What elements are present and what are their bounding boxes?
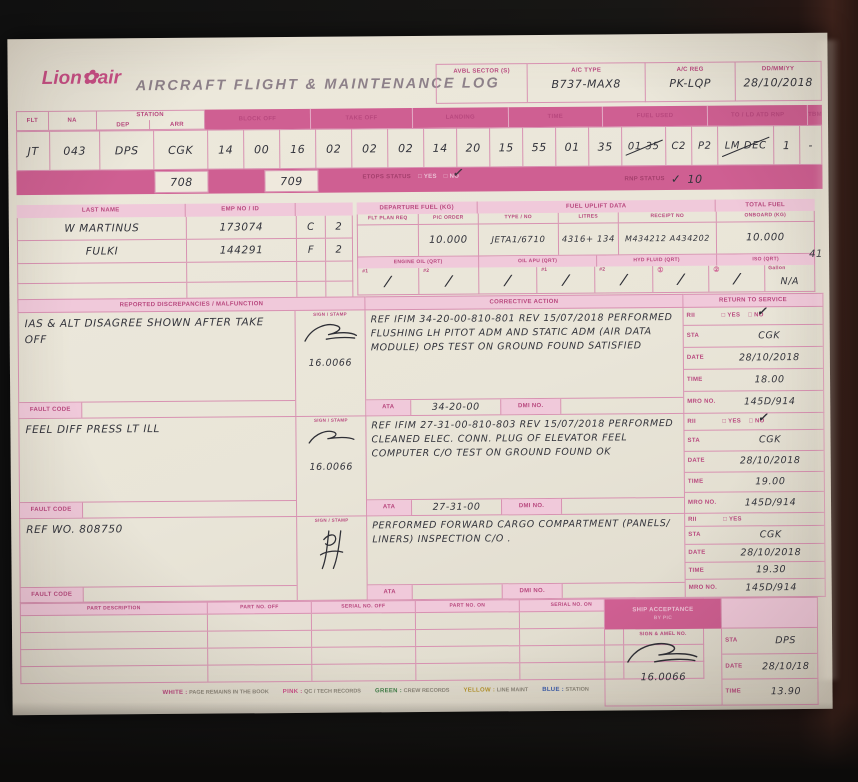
crossed-time-cell: 01 35 xyxy=(622,126,666,166)
sta-row: STACGK xyxy=(684,325,823,348)
rts-cell: RII □ YES □ NO✓ STACGK DATE28/10/2018 TI… xyxy=(683,307,824,414)
time-cell: 02 xyxy=(316,129,352,169)
legend-green-key: GREEN : xyxy=(375,688,402,694)
fuel-block: DEPARTURE FUEL (KG) FUEL UPLIFT DATA TOT… xyxy=(357,199,816,296)
sign-stamp-cell: SIGN / STAMP 16.0066 xyxy=(296,310,367,417)
ata-row: ATA 27-31-00 DMI NO. xyxy=(367,497,684,515)
legend-blue-key: BLUE : xyxy=(542,687,564,693)
circled-one-icon: ① xyxy=(657,267,664,275)
ata-row: ATA DMI NO. xyxy=(368,582,685,599)
time-row: TIME18.00 xyxy=(684,369,823,392)
time-label: TIME xyxy=(686,567,718,574)
band-fuel-used: FUEL USED xyxy=(602,106,708,127)
gallon-label: Gallon xyxy=(768,266,785,272)
oil-slash: / xyxy=(562,271,569,290)
sta-value: CGK xyxy=(716,434,823,446)
time-value: 19.00 xyxy=(717,476,824,488)
etops-no-checkbox: □ NO✓ xyxy=(444,174,460,181)
time-cell: 16 xyxy=(280,129,316,169)
discrepancy-table: REPORTED DISCREPANCIES / MALFUNCTION COR… xyxy=(17,293,825,603)
malfunction-text: FEEL DIFF PRESS LT ILL xyxy=(19,417,296,502)
actype-value: B737-MAX8 xyxy=(528,77,645,91)
receipt-value: M434212 A434202 xyxy=(618,223,716,255)
band-block-off: BLOCK OFF xyxy=(205,109,311,130)
legend-white: WHITE : PAGE REMAINS IN THE BOOK xyxy=(162,689,268,696)
iso-label: ISO (QRT) xyxy=(716,254,814,266)
pic-order-label: PIC ORDER xyxy=(418,214,478,224)
legend-yellow-key: YELLOW : xyxy=(463,687,495,693)
legend-white-desc: PAGE REMAINS IN THE BOOK xyxy=(189,689,269,696)
ata-row: ATA 34-20-00 DMI NO. xyxy=(366,397,683,415)
flight-values-row: JT 043 DPS CGK 14 00 16 02 02 02 14 20 1… xyxy=(16,125,822,171)
sta-label: STA xyxy=(722,637,754,644)
rii-no-checkmark: ✓ xyxy=(758,411,768,424)
actype-box: A/C TYPE B737-MAX8 xyxy=(528,62,646,103)
legend-white-key: WHITE : xyxy=(162,690,187,696)
time-cell: 14 xyxy=(424,128,457,168)
rii-label: RII xyxy=(685,516,717,523)
time-cell: 14 xyxy=(208,129,244,169)
oil-col-label: #2 xyxy=(423,269,429,275)
oil-slash: / xyxy=(504,271,511,290)
parts-table: PART DESCRIPTION PART NO. OFF SERIAL NO.… xyxy=(20,598,705,684)
acceptance-right-band xyxy=(722,598,817,629)
dep-station: DPS xyxy=(100,130,154,170)
rii-label: RII xyxy=(684,313,716,320)
oil-col-label: #1 xyxy=(541,268,547,274)
receipt-no-label: RECEIPT NO xyxy=(618,212,716,223)
litres-label: LITRES xyxy=(558,212,618,222)
time-label: TIME xyxy=(722,689,754,696)
fault-code-label: FAULT CODE xyxy=(21,588,83,602)
crew-code-slashed: LM DEC xyxy=(718,125,774,165)
mro-value: 145D/914 xyxy=(718,582,825,594)
date-row: DATE28/10/2018 xyxy=(684,347,823,370)
acceptance-sub: BY PIC xyxy=(654,616,672,622)
date-value: 28/10/2018 xyxy=(716,352,823,364)
fault-code-row: FAULT CODE xyxy=(20,500,296,518)
log-entry-1: IAS & ALT DISAGREE SHOWN AFTER TAKE OFF … xyxy=(18,307,825,419)
mro-value: 145D/914 xyxy=(717,496,824,508)
mro-row: MRO No.145D/914 xyxy=(685,492,824,513)
arr-station: CGK xyxy=(154,130,208,170)
serial-no-off-header: SERIAL NO. OFF xyxy=(311,601,415,613)
date-label: DATE xyxy=(685,458,717,465)
oil-slash: / xyxy=(385,272,392,291)
mro-label: MRO No. xyxy=(685,499,717,506)
header-info-boxes: AVBL SECTOR (S) A/C TYPE B737-MAX8 A/C R… xyxy=(436,61,822,104)
legend-blue: BLUE : STATION xyxy=(542,687,589,693)
ata-value xyxy=(412,584,502,599)
ship-acceptance-box: SHIP ACCEPTANCE BY PIC SIGN & AMEL NO. 1… xyxy=(604,597,819,707)
acreg-box: A/C REG PK-LQP xyxy=(646,62,736,103)
mro-value: 145D/914 xyxy=(716,396,823,408)
emp-header: EMP NO / ID xyxy=(185,203,295,217)
acreg-value: PK-LQP xyxy=(646,77,735,91)
time-value: 13.90 xyxy=(754,686,817,697)
crew-emp: 173074 xyxy=(186,216,296,239)
rii-no-checkbox: □ NO✓ xyxy=(749,418,765,425)
date-box: DD/MM/YY 28/10/2018 xyxy=(736,61,822,102)
dmi-label: DMI NO. xyxy=(501,499,561,514)
band-time: TIME xyxy=(508,107,602,128)
na-label: NA xyxy=(49,111,97,131)
photo-glare xyxy=(814,40,840,680)
etops-label: ETOPS STATUS xyxy=(362,174,411,181)
crew-rank: C xyxy=(296,216,325,238)
gate-708: 708 xyxy=(154,171,208,193)
etops-status: ETOPS STATUS □ YES □ NO✓ xyxy=(362,174,459,181)
fault-code-row: FAULT CODE xyxy=(21,585,297,602)
flower-icon: ✿ xyxy=(82,68,98,89)
acreg-label: A/C REG xyxy=(646,63,735,78)
crew-seat: 2 xyxy=(325,216,352,238)
mro-label: MRO No. xyxy=(684,399,716,406)
part-no-on-header: PART NO. ON xyxy=(415,600,519,612)
dmi-label: DMI NO. xyxy=(502,584,562,598)
fault-code-row: FAULT CODE xyxy=(19,400,295,418)
flt-label: FLT xyxy=(16,111,49,131)
sta-label: STA xyxy=(685,437,717,444)
mro-row: MRO No.145D/914 xyxy=(684,391,823,413)
rii-no-checkmark: ✓ xyxy=(757,305,767,318)
rii-yes-checkbox: □ YES xyxy=(723,516,742,523)
rii-no-checkbox: □ NO✓ xyxy=(748,313,764,320)
time-row: TIME19.00 xyxy=(685,471,824,493)
crew-code-cell: P2 xyxy=(692,126,718,166)
date-value: 28/10/18 xyxy=(754,660,817,671)
rii-label: RII xyxy=(684,418,716,425)
sign-stamp-cell: SIGN / STAMP 16.0066 xyxy=(296,416,367,517)
mro-row: MRO No.145D/914 xyxy=(686,579,825,597)
acceptance-header-band: SHIP ACCEPTANCE BY PIC xyxy=(605,599,721,630)
rnp-checkmark: ✓ xyxy=(671,172,682,186)
rii-yes-checkbox: □ YES xyxy=(722,418,741,425)
crew-row-empty xyxy=(17,262,353,285)
total-fuel-value: 10.000 xyxy=(716,222,814,254)
date-value: 28/10/2018 xyxy=(717,546,824,558)
oil-slash: / xyxy=(733,269,740,288)
corrective-cell: PERFORMED FORWARD CARGO COMPARTMENT (PAN… xyxy=(367,514,686,600)
time-value: 18.00 xyxy=(716,374,823,386)
rts-header: RETURN TO SERVICE xyxy=(683,293,823,308)
acceptance-date-row: DATE28/10/18 xyxy=(722,654,817,680)
crew-row-1: W MARTINUS 173074 C 2 xyxy=(17,216,353,242)
acceptance-header: SHIP ACCEPTANCE xyxy=(632,607,693,614)
crew-rank: F xyxy=(296,239,325,261)
copy-color-legend: WHITE : PAGE REMAINS IN THE BOOK PINK : … xyxy=(162,687,588,696)
arr-label: ARR xyxy=(150,120,204,130)
rnp-label: RNP STATUS xyxy=(624,176,664,183)
acceptance-stamp: 16.0066 xyxy=(641,671,687,682)
crew-name: W MARTINUS xyxy=(18,217,186,240)
acceptance-left: SHIP ACCEPTANCE BY PIC SIGN & AMEL NO. 1… xyxy=(604,598,723,707)
time-label: TIME xyxy=(684,377,716,384)
maintenance-log-page: Lion✿air AIRCRAFT FLIGHT & MAINTENANCE L… xyxy=(7,33,832,715)
lionair-logo: Lion✿air xyxy=(42,66,121,90)
avbl-sector-box: AVBL SECTOR (S) xyxy=(436,63,528,104)
part-description-header: PART DESCRIPTION xyxy=(21,603,207,615)
rii-row: RII □ YES □ NO✓ xyxy=(683,307,822,326)
count-cell: 1 xyxy=(774,125,800,165)
sta-row: STACGK xyxy=(684,430,823,452)
avbl-sector-label: AVBL SECTOR (S) xyxy=(437,64,527,79)
rii-yes-checkbox: □ YES xyxy=(722,313,741,320)
legend-pink-desc: QC / TECH RECORDS xyxy=(304,688,361,694)
type-no-label: TYPE / NO xyxy=(478,213,558,224)
date-label: DATE xyxy=(684,355,716,362)
logo-air-text: air xyxy=(98,67,121,88)
station-header: STATION DEP ARR xyxy=(97,110,205,131)
malfunction-cell: IAS & ALT DISAGREE SHOWN AFTER TAKE OFF … xyxy=(18,311,297,419)
oil-slash: / xyxy=(620,270,627,289)
ata-value: 27-31-00 xyxy=(411,499,501,515)
dmi-label: DMI NO. xyxy=(500,399,560,414)
acceptance-time-row: TIME13.90 xyxy=(722,679,817,704)
oil-col-label: #2 xyxy=(599,268,605,274)
oil-col-label: #1 xyxy=(362,269,368,275)
date-row: DATE28/10/2018 xyxy=(685,451,824,473)
etops-no-checkmark: ✓ xyxy=(452,167,462,180)
lastname-header: LAST NAME xyxy=(17,204,185,218)
fault-code-label: FAULT CODE xyxy=(19,403,81,418)
engineer-signature xyxy=(299,317,361,351)
ata-label: ATA xyxy=(366,400,410,415)
sta-value: CGK xyxy=(716,330,823,342)
flight-data-grid: FLT NA STATION DEP ARR BLOCK OFF TAKE OF… xyxy=(16,105,823,195)
crew-seat: 2 xyxy=(325,239,352,261)
corrective-text: PERFORMED FORWARD CARGO COMPARTMENT (PAN… xyxy=(367,514,685,584)
mro-label: MRO No. xyxy=(686,585,718,592)
band-landing: LANDING xyxy=(412,107,508,128)
time-cell: 15 xyxy=(490,127,523,167)
rnp-value: 10 xyxy=(687,172,702,185)
flight-number: 043 xyxy=(50,131,100,171)
time-cell: 20 xyxy=(457,127,490,167)
acceptance-sta-row: STADPS xyxy=(722,628,817,654)
date-label: DD/MM/YY xyxy=(736,62,821,77)
oil-slash: / xyxy=(677,270,684,289)
ata-label: ATA xyxy=(368,585,412,599)
logo-lion-text: Lion xyxy=(42,68,82,89)
photo-vignette xyxy=(0,702,858,782)
legend-pink-key: PINK : xyxy=(283,689,303,695)
time-value: 19.30 xyxy=(718,564,825,576)
departure-fuel-label: DEPARTURE FUEL (KG) xyxy=(357,202,477,215)
etops-yes-checkbox: □ YES xyxy=(418,174,437,181)
crew-emp: 144291 xyxy=(186,239,296,262)
stamp-number: 16.0066 xyxy=(309,461,353,472)
legend-blue-desc: STATION xyxy=(566,687,589,693)
flt-plan-req-label: FLT PLAN REQ xyxy=(358,214,418,224)
mechanic-signature xyxy=(315,524,349,576)
sta-value: DPS xyxy=(754,635,817,646)
time-cell: 02 xyxy=(352,128,388,168)
date-label: DATE xyxy=(685,549,717,556)
date-label: DATE xyxy=(722,663,754,670)
rii-row: RII □ YES □ NO✓ xyxy=(684,413,823,431)
log-entry-3: REF WO. 808750 FAULT CODE SIGN / STAMP P… xyxy=(19,513,826,603)
actype-label: A/C TYPE xyxy=(528,63,645,78)
time-cell: 02 xyxy=(388,128,424,168)
band-to-ld: TO / LD ATD RNP xyxy=(707,105,807,126)
ata-label: ATA xyxy=(367,500,411,515)
legend-green-desc: CREW RECORDS xyxy=(404,688,450,694)
band-take-off: TAKE OFF xyxy=(310,108,412,129)
onboard-label: ONBOARD (KG) xyxy=(716,211,814,222)
oil-uplift-row: #1/ #2/ / #1/ #2/ ①/ ②/ GallonN/A xyxy=(357,265,815,296)
gate-709: 709 xyxy=(264,170,318,192)
engineer-signature xyxy=(302,423,360,453)
legend-yellow-desc: LINE MAINT xyxy=(497,687,529,693)
corrective-text: REF IFIM 27-31-00-810-803 REV 15/07/2018… xyxy=(366,414,684,499)
stamp-number: 16.0066 xyxy=(309,357,353,368)
total-fuel-label: TOTAL FUEL xyxy=(715,199,815,212)
malfunction-cell: FEEL DIFF PRESS LT ILL FAULT CODE xyxy=(18,417,297,519)
pic-order-value: 10.000 xyxy=(418,225,478,256)
rts-cell: RII □ YES STACGK DATE28/10/2018 TIME19.3… xyxy=(685,513,826,598)
flight-subrow: 708 709 ETOPS STATUS □ YES □ NO✓ RNP STA… xyxy=(16,165,822,195)
legend-pink: PINK : QC / TECH RECORDS xyxy=(283,688,361,695)
corrective-cell: REF IFIM 27-31-00-810-803 REV 15/07/2018… xyxy=(366,414,685,516)
sta-row: STACGK xyxy=(685,526,824,545)
dep-label: DEP xyxy=(97,120,151,130)
sta-label: STA xyxy=(684,333,716,340)
malfunction-text: REF WO. 808750 xyxy=(20,517,297,587)
log-entry-2: FEEL DIFF PRESS LT ILL FAULT CODE SIGN /… xyxy=(18,413,825,519)
crew-duty-header xyxy=(295,203,353,216)
part-no-off-header: PART NO. OFF xyxy=(207,602,311,614)
time-row: TIME19.30 xyxy=(685,561,824,580)
fuel-values-row: 10.000 JETA1/6710 4316+ 134 M434212 A434… xyxy=(357,222,815,258)
rii-row: RII □ YES xyxy=(685,513,824,527)
crew-row-2: FULKI 144291 F 2 xyxy=(17,239,353,265)
time-cell: 55 xyxy=(523,127,556,167)
rts-cell: RII □ YES □ NO✓ STACGK DATE28/10/2018 TI… xyxy=(684,413,825,514)
fault-code-label: FAULT CODE xyxy=(20,503,82,518)
date-row: DATE28/10/2018 xyxy=(685,544,824,563)
sta-label: STA xyxy=(685,532,717,539)
litres-value: 4316+ 134 xyxy=(558,223,618,254)
time-cell: 01 xyxy=(556,127,589,167)
legend-green: GREEN : CREW RECORDS xyxy=(375,688,450,695)
corrective-text: REF IFIM 34-20-00-810-801 REV 15/07/2018… xyxy=(365,308,683,399)
corrective-cell: REF IFIM 34-20-00-810-801 REV 15/07/2018… xyxy=(365,308,684,416)
fuel-type-value: JETA1/6710 xyxy=(478,224,558,256)
sta-value: CGK xyxy=(717,529,824,541)
crew-code-cell: C2 xyxy=(666,126,692,166)
oil-slash: / xyxy=(445,272,452,291)
date-value: 28/10/2018 xyxy=(736,76,821,90)
pic-signature xyxy=(620,637,706,670)
acceptance-right: STADPS DATE28/10/18 TIME13.90 xyxy=(722,597,819,706)
date-value: 28/10/2018 xyxy=(717,455,824,467)
rnp-status: RNP STATUS ✓ 10 xyxy=(624,172,702,187)
time-label: TIME xyxy=(685,479,717,486)
time-cell: 35 xyxy=(589,126,622,166)
oil-na-value: N/A xyxy=(780,276,799,287)
time-cell: 00 xyxy=(244,129,280,169)
malfunction-text: IAS & ALT DISAGREE SHOWN AFTER TAKE OFF xyxy=(19,311,296,402)
malfunction-cell: REF WO. 808750 FAULT CODE xyxy=(19,517,298,603)
crew-table: LAST NAME EMP NO / ID W MARTINUS 173074 … xyxy=(17,203,354,304)
crew-name: FULKI xyxy=(18,240,186,263)
airline-code: JT xyxy=(16,131,50,171)
ata-value: 34-20-00 xyxy=(410,399,500,415)
sign-stamp-cell: SIGN / STAMP xyxy=(297,516,368,601)
legend-yellow: YELLOW : LINE MAINT xyxy=(463,687,528,694)
circled-two-icon: ② xyxy=(713,267,720,275)
